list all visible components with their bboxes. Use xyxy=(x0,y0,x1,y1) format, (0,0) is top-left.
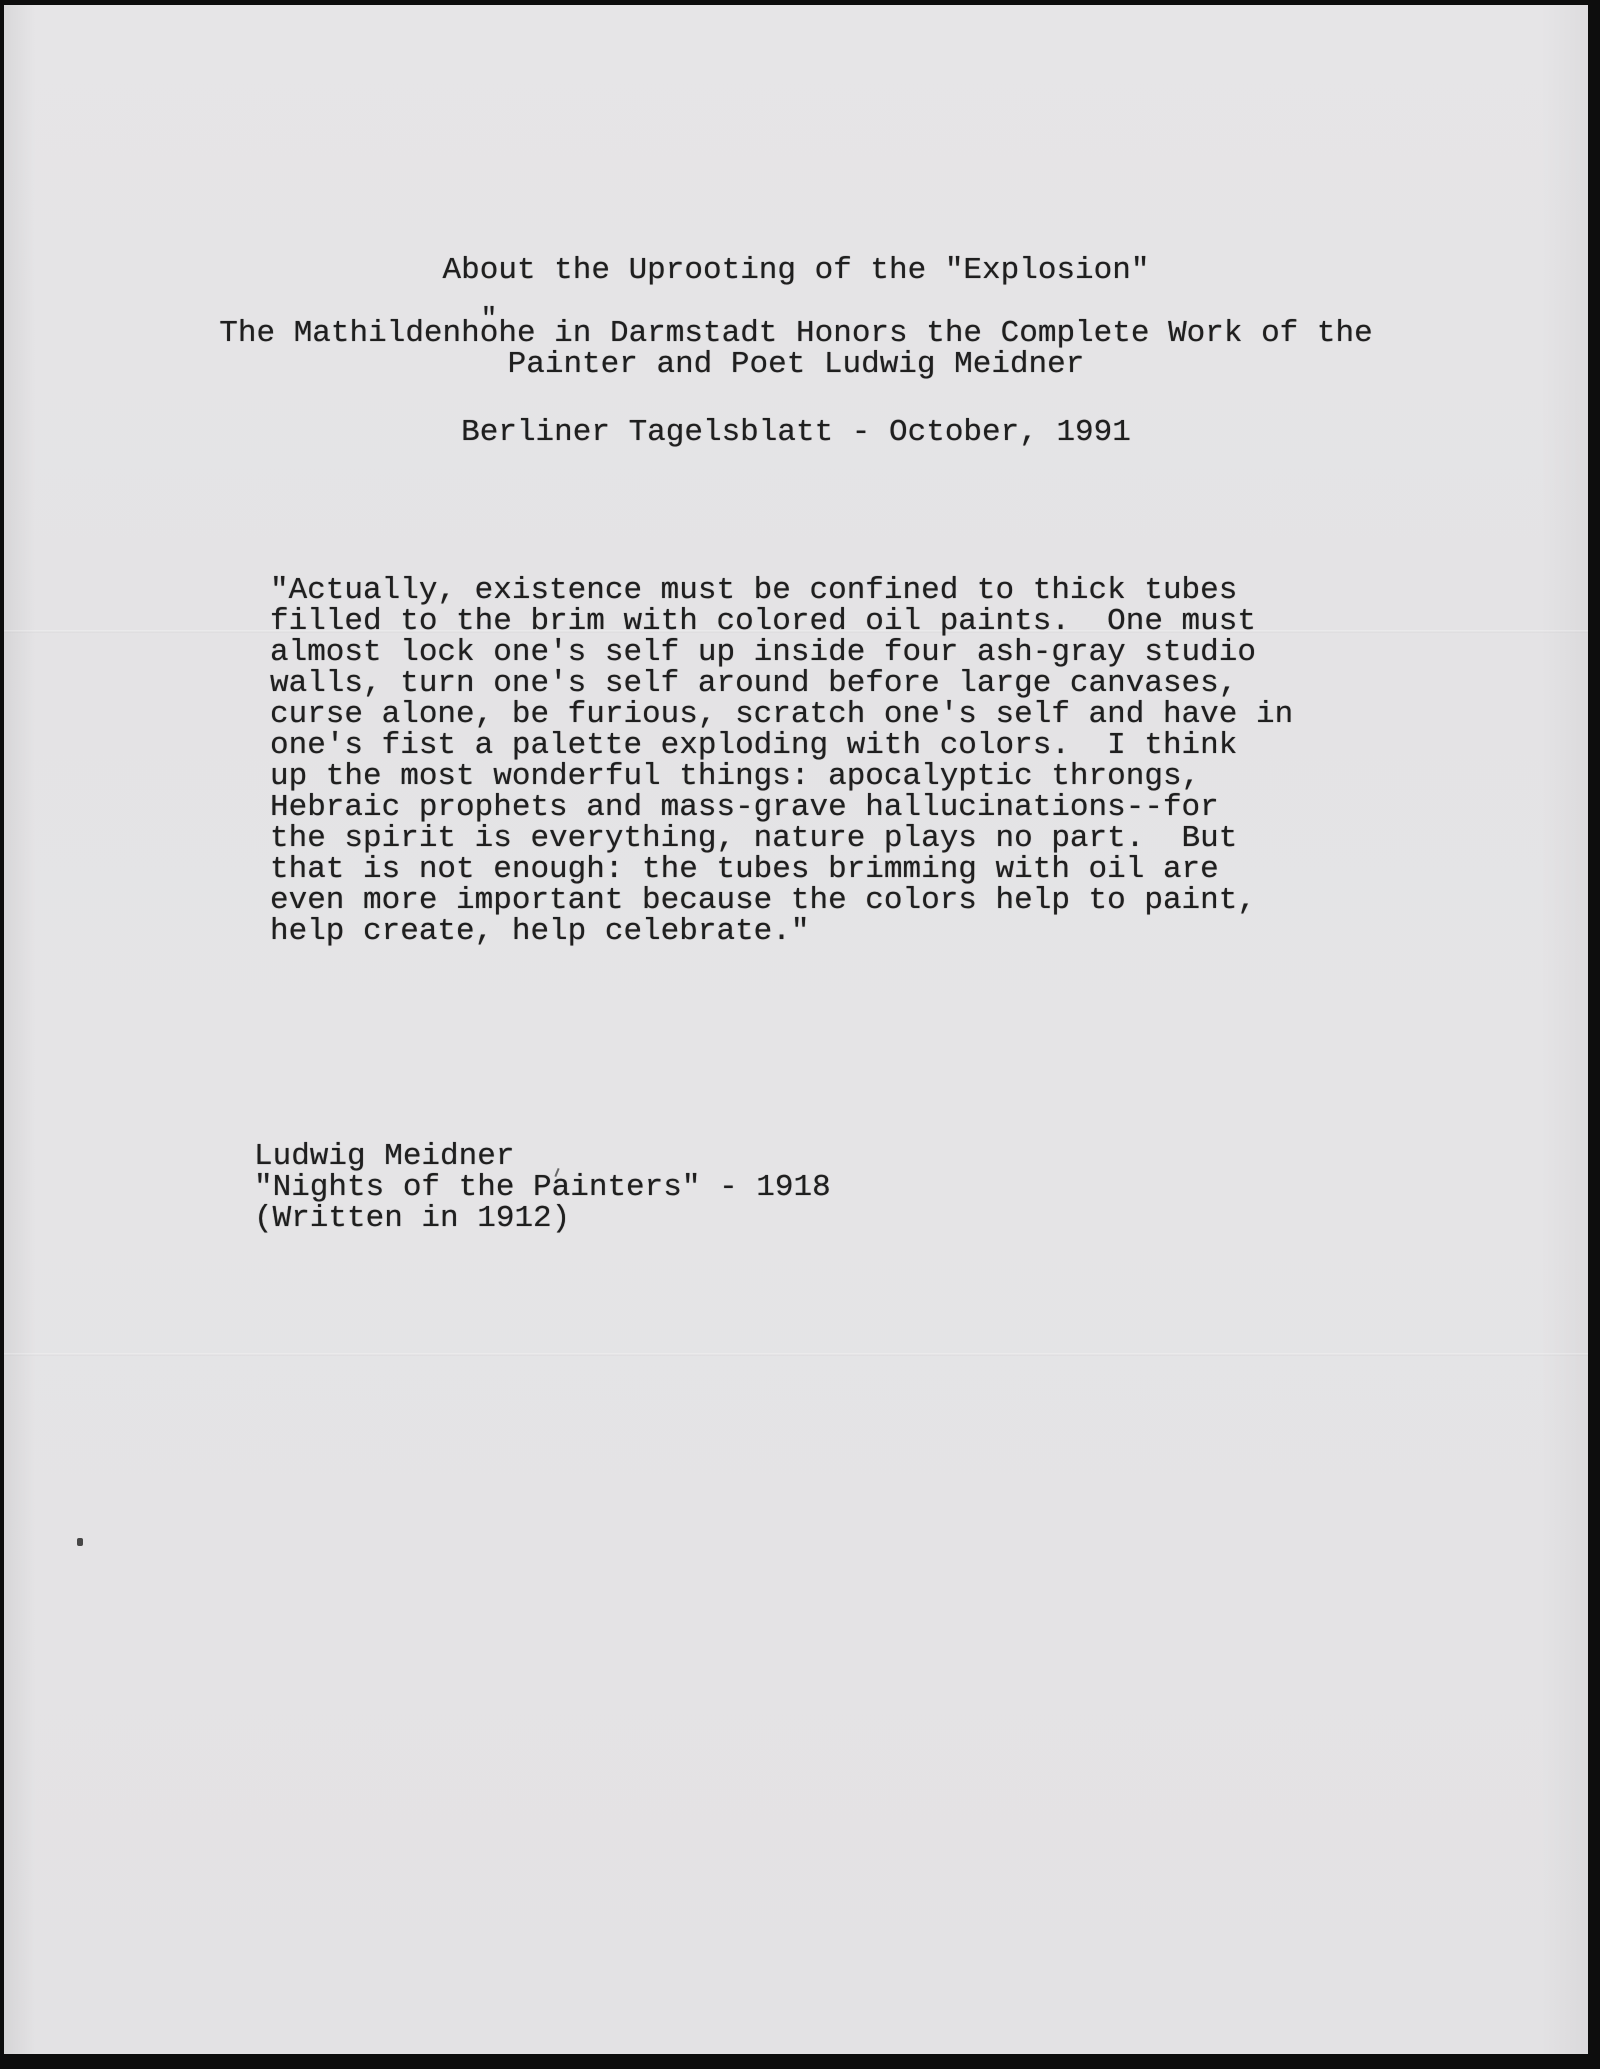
quote-line: filled to the brim with colored oil pain… xyxy=(270,606,1256,637)
document-source-line: Berliner Tagelsblatt - October, 1991 xyxy=(461,417,1131,448)
quote-line: up the most wonderful things: apocalypti… xyxy=(270,761,1200,792)
umlaut-mark: " xyxy=(481,304,498,335)
attribution-work: "Nights of the Painters" - 1918 xyxy=(254,1172,831,1203)
document-subtitle-line2: Painter and Poet Ludwig Meidner xyxy=(508,349,1085,380)
quote-line: even more important because the colors h… xyxy=(270,885,1256,916)
document-title: About the Uprooting of the "Explosion" xyxy=(443,255,1150,286)
attribution-written: (Written in 1912) xyxy=(254,1203,570,1234)
quote-line: walls, turn one's self around before lar… xyxy=(270,668,1237,699)
scan-black-border: About the Uprooting of the "Explosion" T… xyxy=(0,0,1600,2069)
document-subtitle-line1: The Mathildenh"ohe in Darmstadt Honors t… xyxy=(219,318,1372,349)
quote-line: almost lock one's self up inside four as… xyxy=(270,637,1256,668)
subtitle-text-post: he in Darmstadt Honors the Complete Work… xyxy=(498,316,1372,351)
paper-crease-lower xyxy=(4,1353,1588,1356)
quote-line: curse alone, be furious, scratch one's s… xyxy=(270,699,1293,730)
quote-line: that is not enough: the tubes brimming w… xyxy=(270,854,1219,885)
ink-speck xyxy=(77,1538,83,1546)
quote-line: Hebraic prophets and mass-grave hallucin… xyxy=(270,792,1219,823)
scanned-page: About the Uprooting of the "Explosion" T… xyxy=(4,5,1588,2054)
quote-line: one's fist a palette exploding with colo… xyxy=(270,730,1237,761)
quote-line: help create, help celebrate." xyxy=(270,916,810,947)
subtitle-text-pre: The Mathildenh xyxy=(219,316,479,351)
quote-line: "Actually, existence must be confined to… xyxy=(270,575,1237,606)
quote-line: the spirit is everything, nature plays n… xyxy=(270,823,1237,854)
attribution-author: Ludwig Meidner xyxy=(254,1141,514,1172)
typewriter-umlaut-o: "o xyxy=(480,318,499,349)
